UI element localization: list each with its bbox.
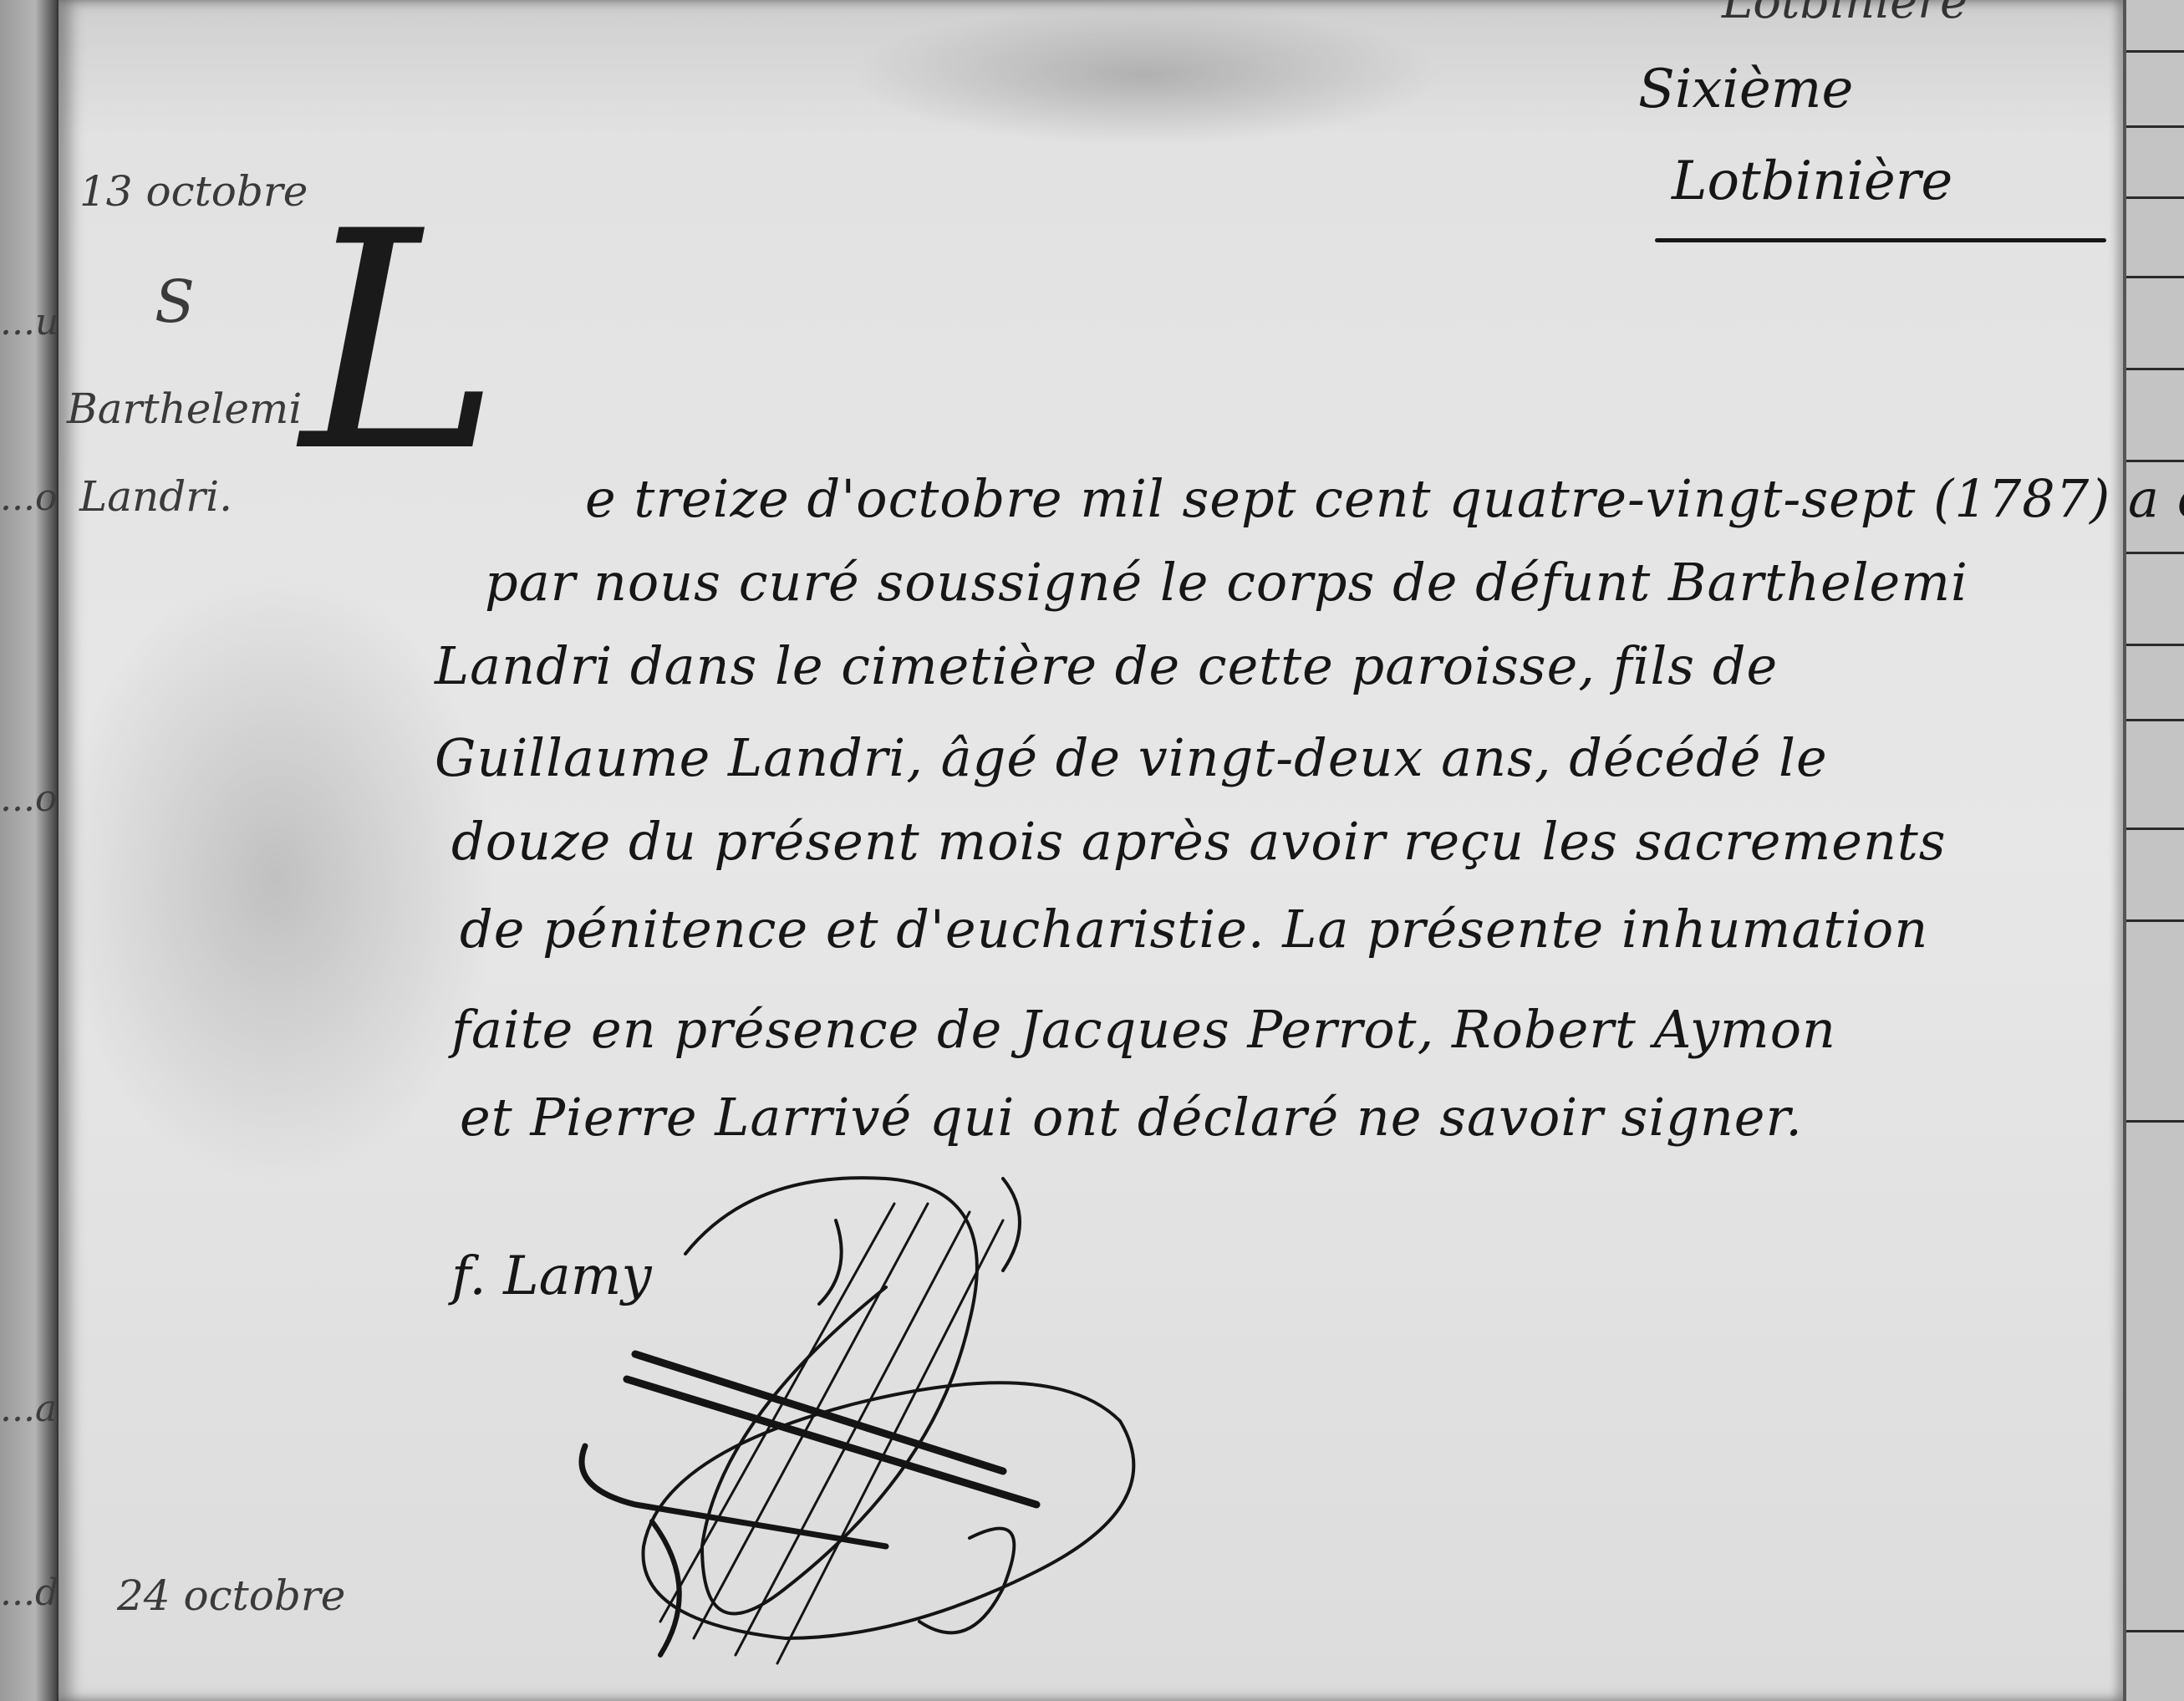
margin-surname: Landri. [79,472,232,521]
right-page-edge [2123,0,2184,1701]
margin-given-name: Barthelemi [67,385,302,433]
entry-line: e treize d'octobre mil sept cent quatre-… [585,468,2184,529]
left-page-edge: ...um ...on ...ou ...ay ...dé [0,0,59,1701]
margin-letter: S [155,267,195,336]
header-parish: Lotbinière [1672,150,1952,212]
header-underline [1655,238,2106,242]
previous-header-fragment: Lotbinière [1722,0,1968,29]
entry-line: douze du présent mois après avoir reçu l… [451,811,1947,872]
margin-date: 13 octobre [79,167,308,216]
entry-line: Guillaume Landri, âgé de vingt-deux ans,… [435,727,1828,788]
entry-line: de pénitence et d'eucharistie. La présen… [460,899,1928,960]
next-margin-date: 24 octobre [117,1571,345,1620]
entry-line: et Pierre Larrivé qui ont déclaré ne sav… [460,1087,1803,1148]
drop-cap-letter: L [301,192,501,493]
signature-paraph-icon [535,1154,1170,1688]
header-ordinal: Sixième [1638,59,1853,120]
entry-line: faite en présence de Jacques Perrot, Rob… [451,999,1836,1060]
entry-line: par nous curé soussigné le corps de défu… [485,552,1968,613]
entry-line: Landri dans le cimetière de cette parois… [435,635,1778,696]
